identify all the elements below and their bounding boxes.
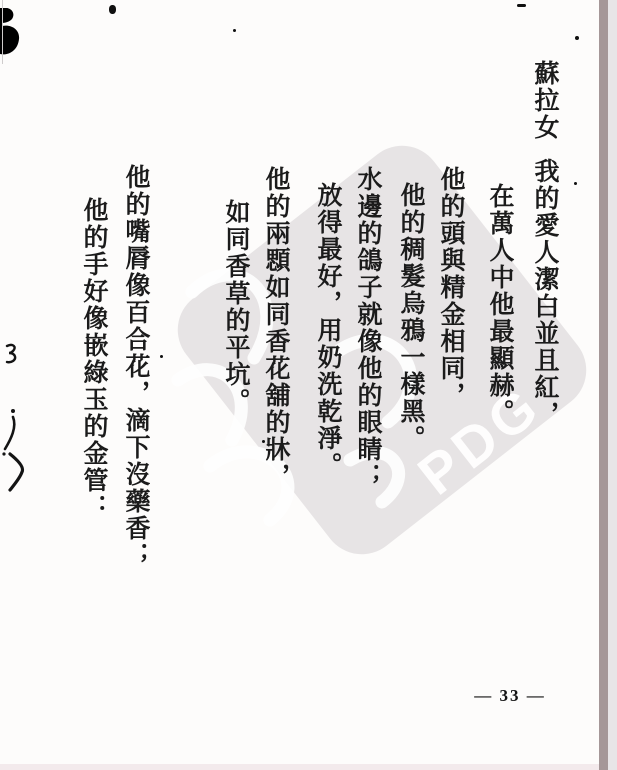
ink-speck — [575, 36, 579, 40]
verse-column-10: 他的手好像嵌綠玉的金管： — [76, 197, 110, 521]
scan-edge-line — [2, 0, 3, 64]
ink-speck — [233, 29, 236, 32]
verse-column-2: 在萬人中他最顯赫。 — [482, 183, 516, 426]
verse-column-1: 我的愛人潔白並且紅， — [527, 158, 561, 428]
verse-column-6: 放得最好，用奶洗乾淨。 — [310, 182, 344, 479]
outer-edge-strip — [608, 0, 617, 770]
bottom-edge-strip — [0, 764, 617, 770]
page-number: — 33 — — [448, 686, 572, 706]
ink-speck — [160, 355, 163, 358]
verse-column-3: 他的頭與精金相同， — [433, 166, 467, 409]
handwritten-bracket — [7, 452, 27, 492]
binding-edge-strip — [599, 0, 608, 770]
verse-column-8: 如同香草的平坑。 — [218, 199, 252, 415]
verse-column-5: 水邊的鴿子就像他的眼睛； — [350, 166, 384, 490]
ink-squiggle — [5, 343, 19, 365]
scanned-page: { "speaker_label": "蘇拉女", "verses": [ "我… — [0, 0, 617, 770]
ink-speck — [574, 182, 577, 185]
ink-speck — [109, 5, 116, 14]
speaker-label: 蘇拉女 — [527, 60, 561, 141]
handwritten-mark — [2, 408, 18, 458]
ink-speck — [517, 4, 526, 7]
ink-blot-top-left — [0, 8, 22, 62]
ink-speck — [262, 440, 265, 443]
verse-column-9: 他的嘴脣像百合花，滴下沒藥香； — [118, 164, 152, 569]
verse-column-4: 他的稠髮烏鴉一樣黑。 — [393, 182, 427, 452]
